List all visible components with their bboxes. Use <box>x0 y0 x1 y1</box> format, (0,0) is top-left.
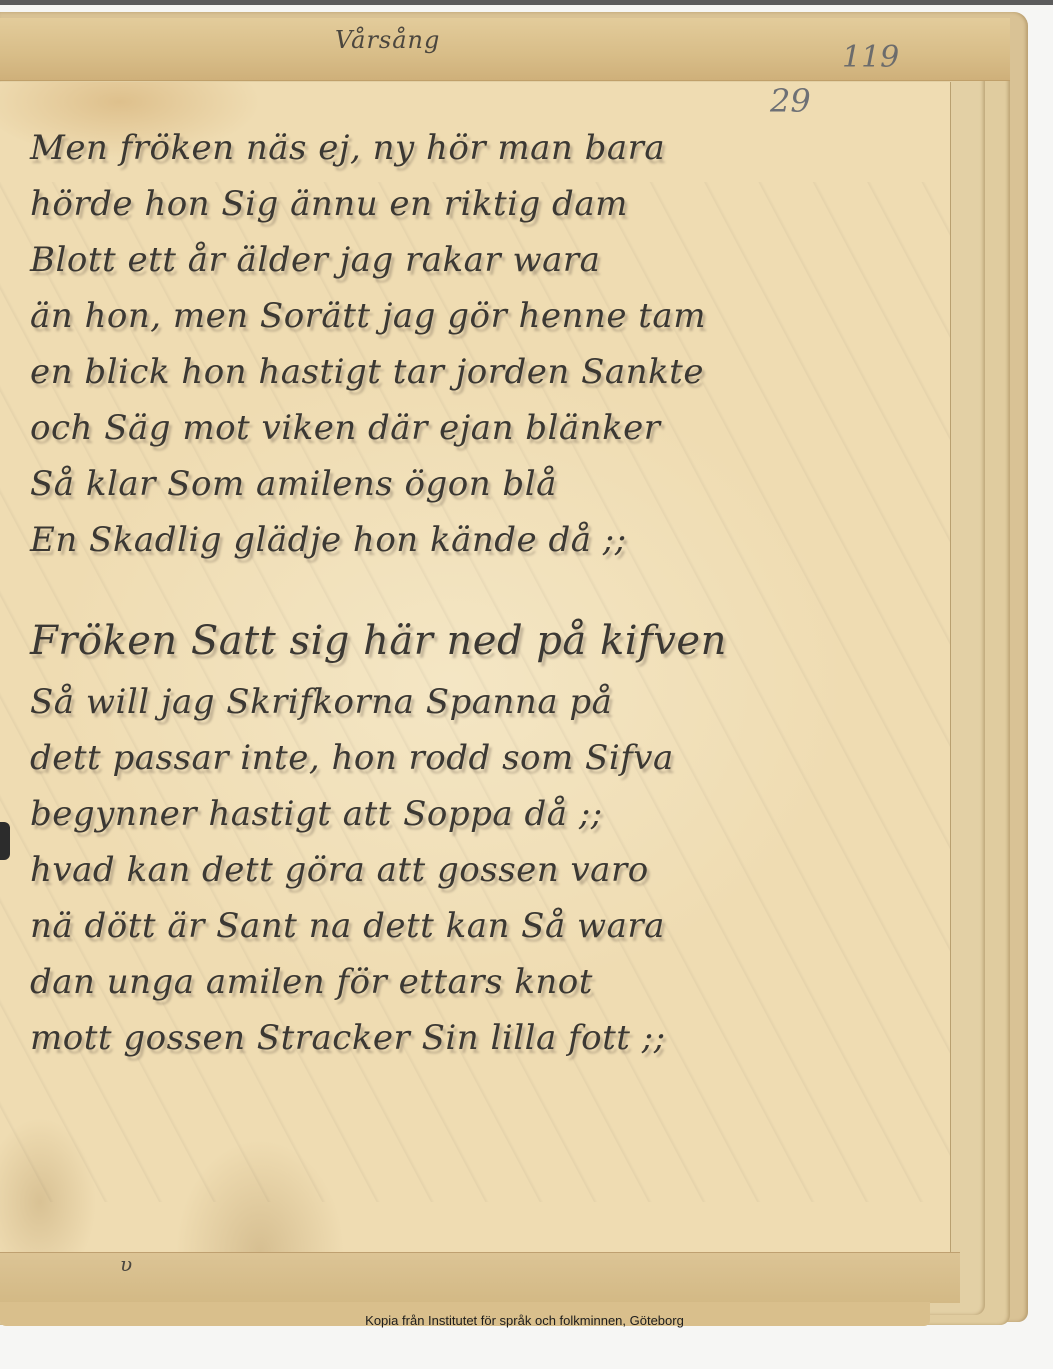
manuscript-line: Så will jag Skrifkorna Spanna på <box>30 682 940 738</box>
manuscript-line: Så klar Som amilens ögon blå <box>30 464 940 520</box>
manuscript-scan: Vårsång 119 29 Men fröken näs ej, ny hör… <box>0 0 1053 1369</box>
manuscript-line: mott gossen Stracker Sin lilla fott ;; <box>30 1018 940 1074</box>
manuscript-line: dett passar inte, hon rodd som Sifva <box>30 738 940 794</box>
manuscript-line: än hon, men Sorätt jag gör henne tam <box>30 296 940 352</box>
manuscript-line: hvad kan dett göra att gossen varo <box>30 850 940 906</box>
manuscript-line: begynner hastigt att Soppa då ;; <box>30 794 940 850</box>
archive-credit: Kopia från Institutet för språk och folk… <box>0 1313 1053 1328</box>
manuscript-line: dan unga amilen för ettars knot <box>30 962 940 1018</box>
binding-clip-mark <box>0 822 10 860</box>
manuscript-line: en blick hon hastigt tar jorden Sankte <box>30 352 940 408</box>
stanza-2: Fröken Satt sig här ned på kifven Så wil… <box>30 618 940 1074</box>
stanza-gap <box>30 576 940 618</box>
page-number: 29 <box>770 82 811 120</box>
manuscript-line: En Skadlig glädje hon kände då ;; <box>30 520 940 576</box>
manuscript-text: Men fröken näs ej, ny hör man bara hörde… <box>30 128 940 1074</box>
scanner-top-edge <box>0 0 1053 5</box>
stanza-1: Men fröken näs ej, ny hör man bara hörde… <box>30 128 940 576</box>
archive-credit-text: Kopia från Institutet för språk och folk… <box>365 1313 684 1328</box>
old-page-number: 119 <box>842 40 899 75</box>
manuscript-line: nä dött är Sant na dett kan Så wara <box>30 906 940 962</box>
folded-bottom-margin <box>0 1252 960 1303</box>
manuscript-line: Fröken Satt sig här ned på kifven <box>30 618 940 682</box>
manuscript-line: Blott ett år älder jag rakar wara <box>30 240 940 296</box>
manuscript-line: Men fröken näs ej, ny hör man bara <box>30 128 940 184</box>
manuscript-line: hörde hon Sig ännu en riktig dam <box>30 184 940 240</box>
manuscript-line: och Säg mot viken där ejan blänker <box>30 408 940 464</box>
song-title: Vårsång <box>335 26 440 54</box>
stray-ink-mark: υ <box>120 1252 132 1276</box>
